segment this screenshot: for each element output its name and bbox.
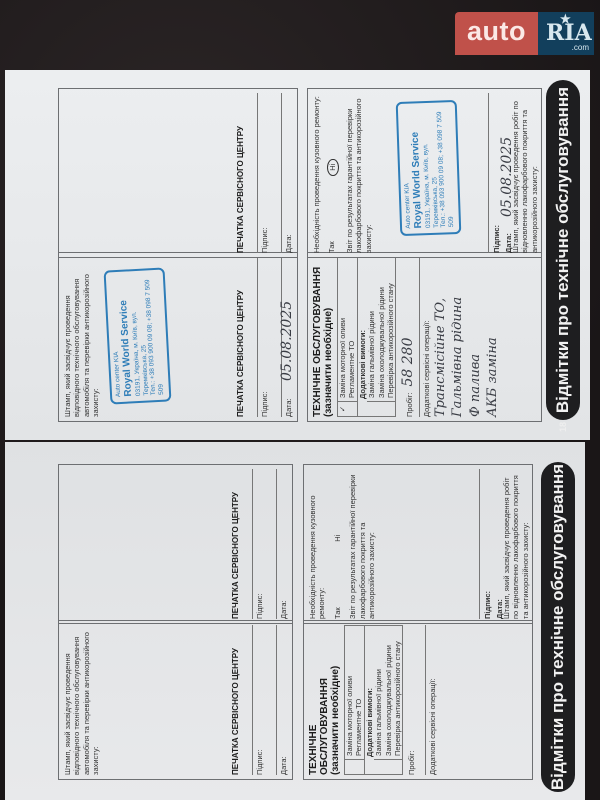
maintenance-subtitle: (зазначити необхідне) bbox=[323, 257, 334, 417]
ops-line: Ф палива bbox=[467, 257, 485, 417]
checkbox-oil[interactable] bbox=[345, 759, 354, 774]
service-center-section: Штамп, який засвідчує проведення відпові… bbox=[58, 620, 293, 780]
logo-auto-text: auto bbox=[455, 12, 538, 55]
item-anticorrosion: Перевірка антикорозійного стану bbox=[386, 283, 395, 401]
mileage-value: 58 280 bbox=[400, 337, 416, 386]
ops-label: Додаткові сервісні операції: bbox=[419, 257, 431, 417]
checkbox-brake-fluid[interactable] bbox=[367, 401, 376, 416]
body-center-section: ПЕЧАТКА СЕРВІСНОГО ЦЕНТРУ Підпис: Дата: bbox=[58, 464, 293, 624]
signature-label: Підпис: bbox=[257, 257, 269, 417]
ops-line: Гальмівна рідина bbox=[449, 257, 467, 417]
signature-label: Підпис: bbox=[252, 625, 264, 775]
star-icon: ★ bbox=[560, 12, 571, 26]
service-center-label: ПЕЧАТКА СЕРВІСНОГО ЦЕНТРУ bbox=[231, 648, 240, 775]
page-number: 18 bbox=[558, 422, 568, 432]
page-banner: Відмітки про технічне обслуговування bbox=[541, 462, 575, 792]
autoria-watermark: auto ★ RIA .com bbox=[455, 12, 594, 55]
signature-label: Підпис: bbox=[252, 469, 264, 619]
option-no[interactable]: Ні bbox=[333, 535, 342, 542]
booklet-page-right: Відмітки про технічне обслуговування ТЕХ… bbox=[5, 442, 585, 800]
maintenance-title: ТЕХНІЧНЕ ОБСЛУГОВУВАННЯ bbox=[308, 625, 330, 775]
signature-label: Підпис: bbox=[483, 591, 492, 619]
item-brake-fluid: Заміна гальмівної рідини bbox=[367, 311, 376, 401]
service-center-label: ПЕЧАТКА СЕРВІСНОГО ЦЕНТРУ bbox=[231, 492, 240, 619]
checkbox-coolant[interactable] bbox=[384, 759, 393, 774]
option-yes[interactable]: Так bbox=[333, 607, 342, 619]
item-regular-service: Регламентне ТО bbox=[347, 341, 356, 401]
date-value: 05.08.2025 bbox=[279, 301, 295, 381]
extra-title: Додаткові вимоги: bbox=[364, 626, 374, 774]
service-stamp: Auto center KIA Royal World Service 0319… bbox=[104, 267, 172, 404]
body-repair-section: Необхідність проведення кузовного ремонт… bbox=[307, 88, 542, 258]
body-repair-need: Необхідність проведення кузовного ремонт… bbox=[308, 469, 327, 619]
mileage-label: Пробіг: bbox=[405, 392, 414, 417]
service-center-label: ПЕЧАТКА СЕРВІСНОГО ЦЕНТРУ bbox=[236, 290, 245, 417]
stamp-note: Штамп, який засвідчує проведення робіт п… bbox=[502, 469, 530, 619]
checkbox-coolant[interactable] bbox=[377, 401, 386, 416]
date-label: Дата: bbox=[281, 93, 293, 253]
maintenance-subtitle: (зазначити необхідне) bbox=[330, 625, 341, 775]
date-label: Дата: bbox=[276, 625, 288, 775]
page-banner: Відмітки про технічне обслуговування bbox=[546, 80, 580, 420]
mileage-label: Пробіг: bbox=[407, 625, 416, 775]
stamp-phone: Тел.: +38 093 900 09 08; +38 098 7 509 5… bbox=[436, 107, 456, 227]
ops-handwritten: Трансмісійне ТО, Гальмівна рідина Ф пали… bbox=[432, 257, 502, 417]
paint-report-label: Звіт по результатах гарантійної перевірк… bbox=[348, 469, 376, 619]
item-anticorrosion: Перевірка антикорозійного стану bbox=[393, 641, 402, 759]
logo-ria-text: ★ RIA .com bbox=[538, 12, 594, 55]
maintenance-title: ТЕХНІЧНЕ ОБСЛУГОВУВАННЯ bbox=[312, 257, 323, 417]
extra-title: Додаткові вимоги: bbox=[357, 258, 367, 416]
maintenance-section: ТЕХНІЧНЕ ОБСЛУГОВУВАННЯ (зазначити необх… bbox=[303, 620, 533, 780]
service-center-section: Штамп, який засвідчує проведення відпові… bbox=[58, 252, 298, 422]
option-yes[interactable]: Так bbox=[327, 241, 338, 253]
item-coolant: Заміна охолоджувальної рідини bbox=[384, 645, 393, 759]
checkbox-anticorrosion[interactable] bbox=[393, 759, 402, 774]
date-label: Дата: bbox=[276, 469, 288, 619]
ops-line: Трансмісійне ТО, bbox=[432, 257, 450, 417]
booklet-page-left: Відмітки про технічне обслуговування 18 … bbox=[5, 70, 590, 440]
body-repair-section: Необхідність проведення кузовного ремонт… bbox=[303, 464, 533, 624]
stamp-note: Штамп, який засвідчує проведення відпові… bbox=[63, 257, 101, 417]
service-stamp: Auto center KIA Royal World Service 0319… bbox=[396, 100, 462, 236]
signature-label: Підпис: bbox=[257, 93, 269, 253]
stamp-note: Штамп, який засвідчує проведення робіт п… bbox=[511, 93, 539, 253]
item-regular-service: Регламентне ТО bbox=[354, 699, 363, 759]
checkbox-brake-fluid[interactable] bbox=[374, 759, 383, 774]
body-repair-need: Необхідність проведення кузовного ремонт… bbox=[312, 93, 321, 253]
logo-domain: .com bbox=[572, 43, 589, 52]
item-oil-change: Заміна моторної оливи bbox=[345, 676, 354, 759]
option-no-circled[interactable]: Ні bbox=[327, 159, 338, 176]
signature-label: Підпис: bbox=[492, 225, 501, 253]
service-booklet: Відмітки про технічне обслуговування 18 … bbox=[0, 0, 600, 800]
stamp-note: Штамп, який засвідчує проведення відпові… bbox=[63, 625, 101, 775]
item-brake-fluid: Заміна гальмівної рідини bbox=[374, 669, 383, 759]
paint-report-label: Звіт по результатах гарантійної перевірк… bbox=[345, 93, 373, 253]
item-coolant: Заміна охолоджувальної рідини bbox=[377, 287, 386, 401]
checkbox-regular[interactable] bbox=[354, 759, 363, 774]
check-icon[interactable]: ✓ bbox=[338, 401, 347, 416]
item-oil-change: Заміна моторної оливи bbox=[338, 318, 347, 401]
ops-label: Додаткові сервісні операції: bbox=[425, 625, 437, 775]
ops-line: АКБ заміна bbox=[484, 257, 502, 417]
maintenance-section: ТЕХНІЧНЕ ОБСЛУГОВУВАННЯ (зазначити необх… bbox=[307, 252, 542, 422]
checkbox-anticorrosion[interactable] bbox=[386, 401, 395, 416]
body-center-section: ПЕЧАТКА СЕРВІСНОГО ЦЕНТРУ Підпис: Дата: bbox=[58, 88, 298, 258]
service-center-label: ПЕЧАТКА СЕРВІСНОГО ЦЕНТРУ bbox=[236, 126, 245, 253]
